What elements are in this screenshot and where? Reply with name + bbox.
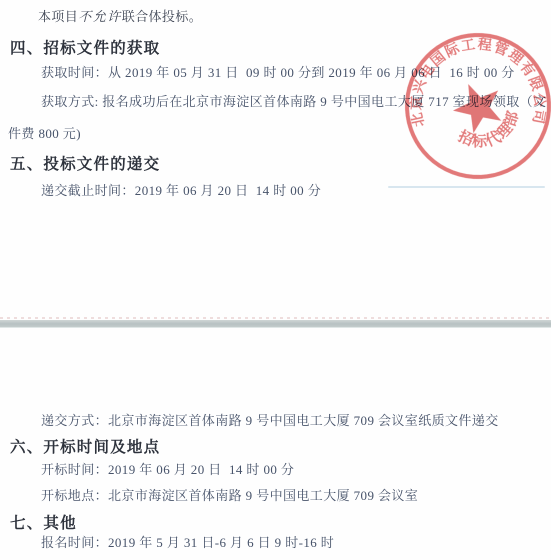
document-page: 本项目不允许联合体投标。 四、招标文件的获取 获取时间：从 2019 年 05 … <box>0 0 551 560</box>
page-break-speckle <box>0 317 551 319</box>
section5-deadline: 递交截止时间：2019 年 06 月 20 日 14 时 00 分 <box>41 183 321 199</box>
intro-prefix: 本项目 <box>38 9 78 24</box>
section7-heading: 七、其他 <box>10 511 77 533</box>
section7-signup-time: 报名时间：2019 年 5 月 31 日-6 月 6 日 9 时-16 时 <box>41 535 334 551</box>
seal-svg: 北京兴电国际工程管理有限公司 招标代理部 <box>378 6 551 207</box>
section6-open-time: 开标时间：2019 年 06 月 20 日 14 时 00 分 <box>41 462 294 478</box>
intro-suffix: 联合体投标。 <box>122 9 202 24</box>
page-break-band <box>0 320 551 328</box>
section4-acquire-method-cont: 件费 800 元) <box>8 126 81 142</box>
intro-emphasis: 不允许 <box>78 9 122 24</box>
section4-heading: 四、招标文件的获取 <box>10 36 160 58</box>
section6-heading: 六、开标时间及地点 <box>10 435 160 457</box>
seal-company-text: 北京兴电国际工程管理有限公司 <box>386 13 551 176</box>
company-seal-stamp: 北京兴电国际工程管理有限公司 招标代理部 <box>378 6 551 207</box>
intro-line: 本项目不允许联合体投标。 <box>38 9 202 25</box>
section5-heading: 五、投标文件的递交 <box>10 152 160 174</box>
section6-open-place: 开标地点：北京市海淀区首体南路 9 号中国电工大厦 709 会议室 <box>41 488 418 504</box>
section5-method: 递交方式：北京市海淀区首体南路 9 号中国电工大厦 709 会议室纸质文件递交 <box>41 413 499 429</box>
